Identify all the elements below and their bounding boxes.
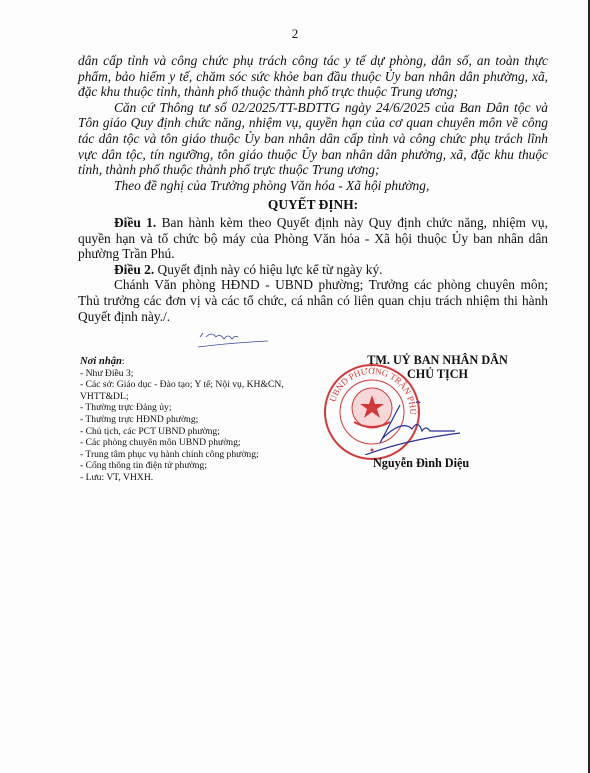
- recipients-list: Nơi nhận: - Như Điều 3; - Các sở: Giáo d…: [80, 356, 320, 484]
- recipient-item: - Chủ tịch, các PCT UBND phường;: [80, 426, 320, 438]
- proposal: Theo đề nghị của Trưởng phòng Văn hóa - …: [78, 178, 548, 194]
- recipient-item: - Trung tâm phục vụ hành chính công phườ…: [80, 449, 320, 461]
- recipient-item: - Như Điều 3;: [80, 368, 320, 380]
- initials-mark: [196, 331, 276, 353]
- article-2: Điều 2. Quyết định này có hiệu lực kể từ…: [78, 262, 548, 278]
- document-body: dân cấp tỉnh và công chức phụ trách công…: [78, 53, 548, 324]
- position-label: CHỦ TỊCH: [335, 367, 540, 381]
- on-behalf-label: TM. UỶ BAN NHÂN DÂN: [335, 353, 540, 367]
- enforcement-clause: Chánh Văn phòng HĐND - UBND phường; Trưở…: [78, 277, 548, 324]
- signer-name: Nguyễn Đình Diệu: [373, 456, 469, 471]
- article-1: Điều 1. Ban hành kèm theo Quyết định này…: [78, 215, 548, 262]
- recipient-item: - Cổng thông tin điện tử phường;: [80, 460, 320, 472]
- signature-icon: [360, 395, 460, 455]
- recipient-item: - Các phòng chuyên môn UBND phường;: [80, 437, 320, 449]
- recipient-item: - Các sở: Giáo dục - Đào tạo; Y tế; Nội …: [80, 379, 320, 402]
- recipient-item: - Lưu: VT, VHXH.: [80, 472, 320, 484]
- preamble-continuation: dân cấp tỉnh và công chức phụ trách công…: [78, 53, 548, 100]
- recipient-item: - Thường trực HĐND phường;: [80, 414, 320, 426]
- recipient-item: - Thường trực Đảng ủy;: [80, 402, 320, 414]
- decision-heading: QUYẾT ĐỊNH:: [78, 197, 548, 213]
- page-number: 2: [0, 26, 590, 42]
- recipients-title: Nơi nhận:: [80, 356, 320, 368]
- signature-block: TM. UỶ BAN NHÂN DÂN CHỦ TỊCH: [335, 353, 540, 381]
- legal-basis: Căn cứ Thông tư số 02/2025/TT-BDTTG ngày…: [78, 100, 548, 178]
